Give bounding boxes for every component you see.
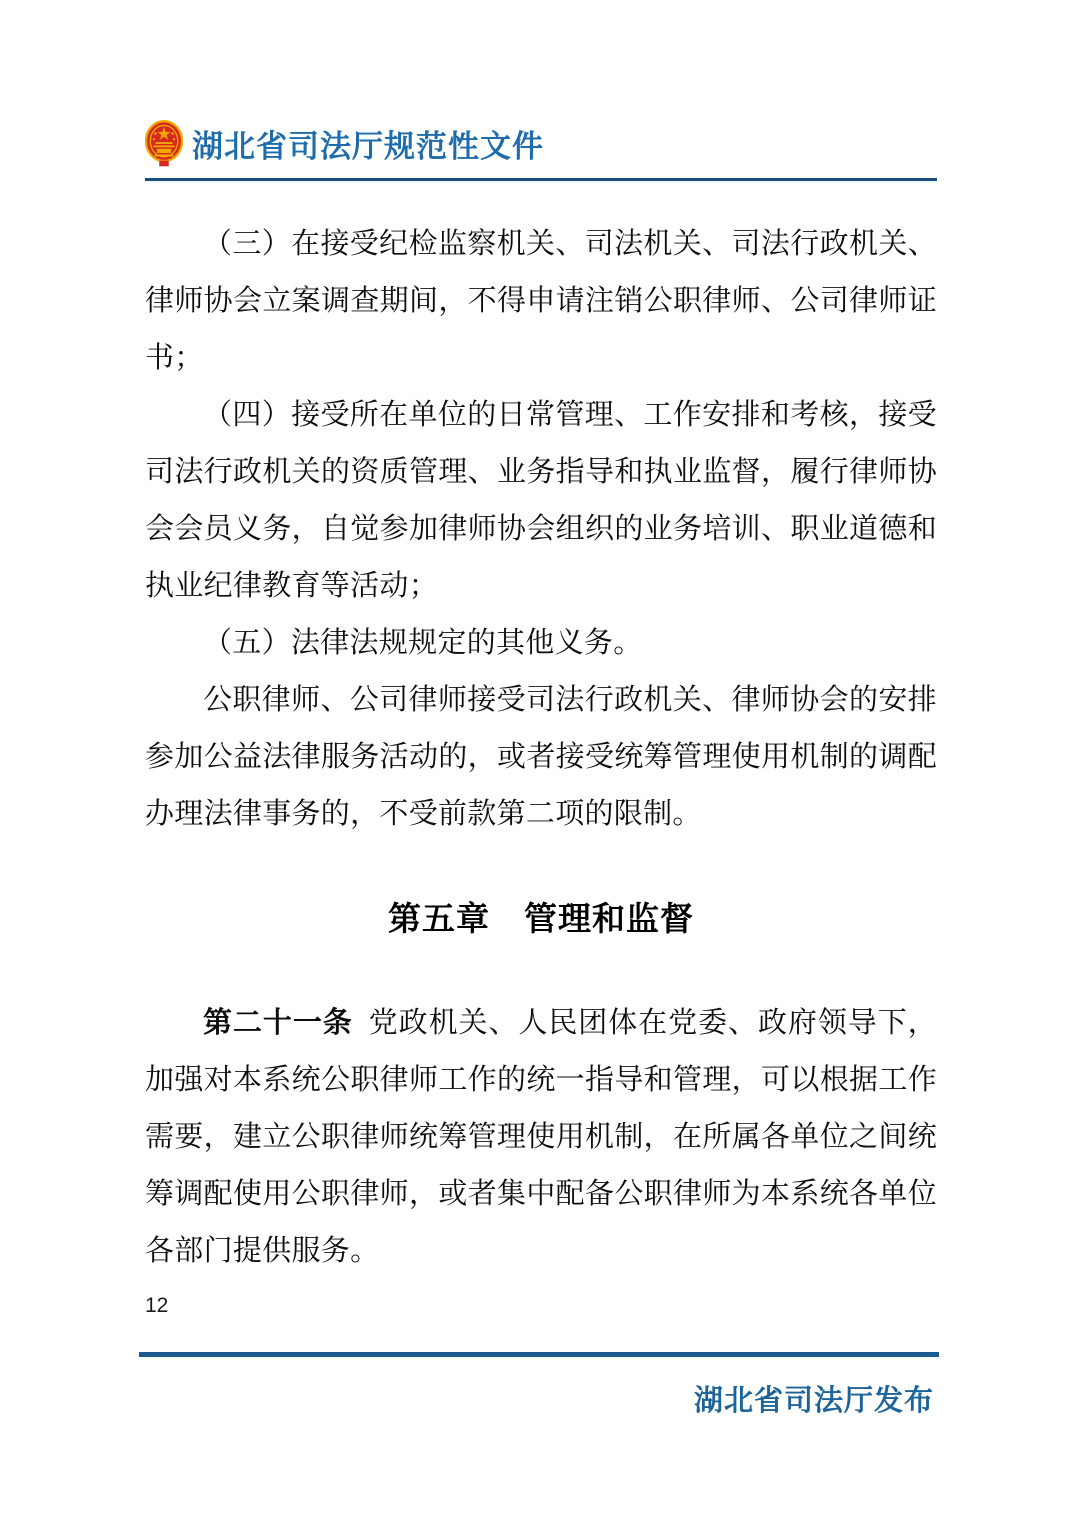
paragraph-closing: 公职律师、公司律师接受司法行政机关、律师协会的安排参加公益法律服务活动的，或者接…	[145, 672, 937, 843]
document-page: 湖北省司法厅规范性文件 （三）在接受纪检监察机关、司法机关、司法行政机关、律师协…	[0, 0, 1074, 1520]
page-number: 12	[145, 1294, 168, 1318]
header-divider	[145, 178, 937, 183]
publisher-label: 湖北省司法厅发布	[694, 1378, 934, 1419]
document-header: 湖北省司法厅规范性文件	[145, 0, 937, 167]
document-body: （三）在接受纪检监察机关、司法机关、司法行政机关、律师协会立案调查期间，不得申请…	[145, 216, 937, 1280]
paragraph-item-4: （四）接受所在单位的日常管理、工作安排和考核，接受司法行政机关的资质管理、业务指…	[145, 387, 937, 615]
chapter-heading: 第五章 管理和监督	[145, 897, 937, 943]
article-paragraph: 第二十一条党政机关、人民团体在党委、政府领导下，加强对本系统公职律师工作的统一指…	[145, 995, 937, 1280]
paragraph-item-5: （五）法律法规规定的其他义务。	[145, 615, 937, 672]
paragraph-item-3: （三）在接受纪检监察机关、司法机关、司法行政机关、律师协会立案调查期间，不得申请…	[145, 216, 937, 387]
header-title: 湖北省司法厅规范性文件	[192, 121, 544, 166]
footer-divider	[139, 1352, 939, 1357]
national-emblem-icon	[145, 120, 183, 167]
article-number: 第二十一条	[203, 1007, 369, 1039]
content-area: 湖北省司法厅规范性文件 （三）在接受纪检监察机关、司法机关、司法行政机关、律师协…	[145, 0, 937, 1280]
article-text: 党政机关、人民团体在党委、政府领导下，加强对本系统公职律师工作的统一指导和管理，…	[145, 1007, 937, 1267]
